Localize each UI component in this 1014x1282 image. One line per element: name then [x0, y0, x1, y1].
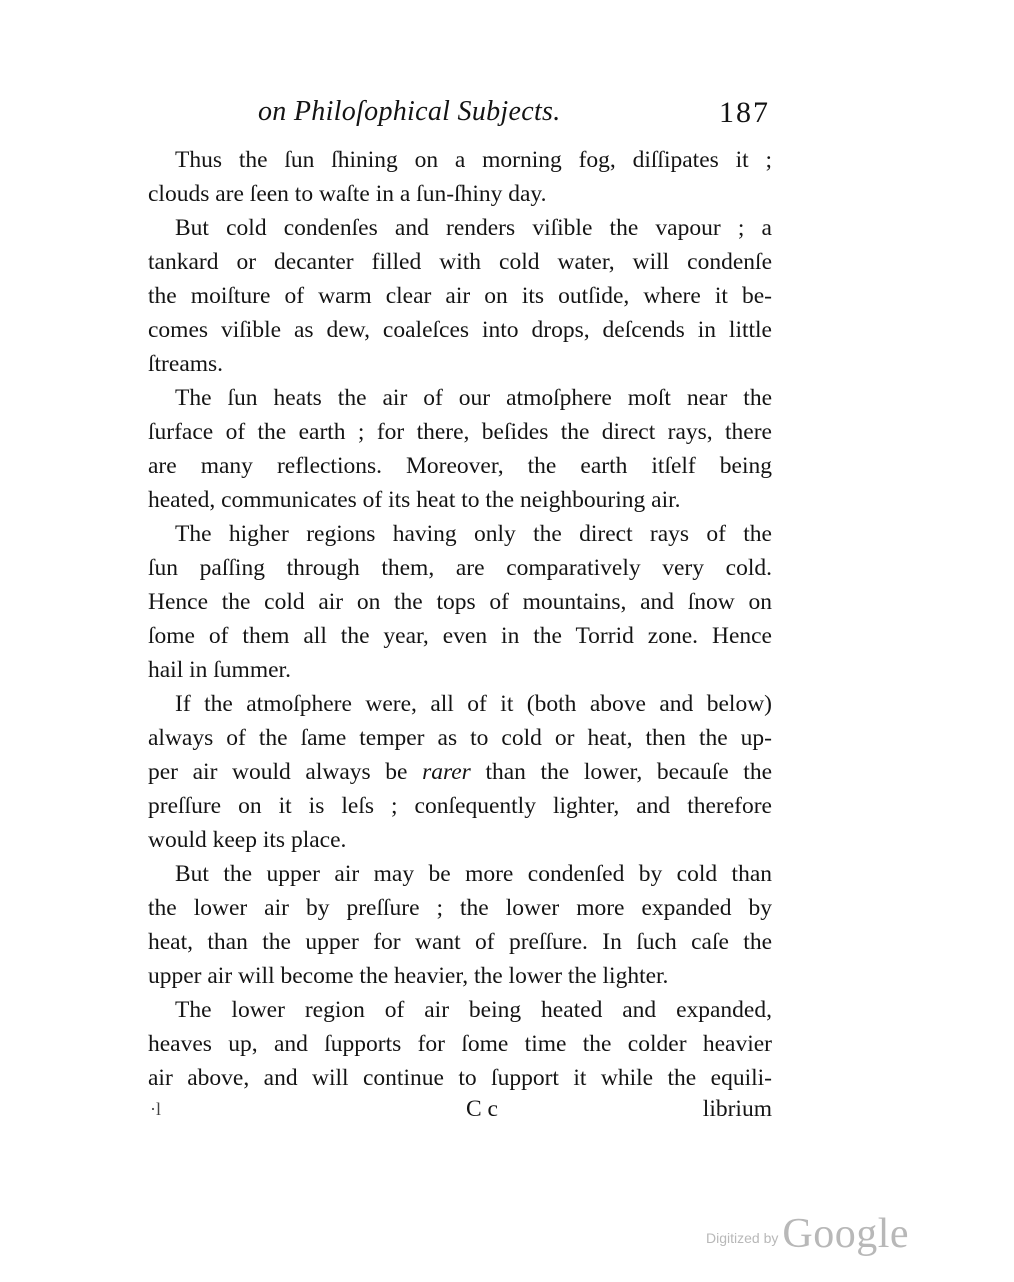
- paragraph: But cold condenſes and renders viſible t…: [148, 211, 772, 381]
- signature-mark: C c: [466, 1092, 498, 1126]
- text-line: the lower air by preſſure ; the lower mo…: [148, 891, 772, 925]
- text-fragment: than the lower, becauſe the: [485, 759, 772, 785]
- running-head: on Philoſophical Subjects. 187: [150, 96, 772, 136]
- book-page: on Philoſophical Subjects. 187 Thus the …: [0, 0, 1014, 1282]
- body-text: Thus the ſun ſhining on a morning fog, d…: [148, 143, 772, 1095]
- text-line: air above, and will continue to ſupport …: [148, 1061, 772, 1095]
- italic-word: rarer: [422, 759, 471, 785]
- text-line: hail in ſummer.: [148, 653, 772, 687]
- text-line: Thus the ſun ſhining on a morning fog, d…: [148, 143, 772, 177]
- text-line: If the atmoſphere were, all of it (both …: [148, 687, 772, 721]
- text-line: The ſun heats the air of our atmoſphere …: [148, 381, 772, 415]
- text-line: But cold condenſes and renders viſible t…: [148, 211, 772, 245]
- paragraph: Thus the ſun ſhining on a morning fog, d…: [148, 143, 772, 211]
- text-line: heat, than the upper for want of preſſur…: [148, 925, 772, 959]
- text-line: The higher regions having only the direc…: [148, 517, 772, 551]
- text-line: The lower region of air being heated and…: [148, 993, 772, 1027]
- digitized-by-google-watermark: Digitized by Google: [706, 1210, 909, 1258]
- text-line: ſtreams.: [148, 347, 772, 381]
- margin-mark: ·l: [150, 1092, 161, 1126]
- text-line: ſun paſſing through them, are comparativ…: [148, 551, 772, 585]
- text-line: clouds are ſeen to waſte in a ſun-ſhiny …: [148, 177, 772, 211]
- paragraph: But the upper air may be more condenſed …: [148, 857, 772, 993]
- google-logo: Google: [782, 1211, 909, 1257]
- watermark-prefix: Digitized by: [706, 1230, 778, 1246]
- text-line: would keep its place.: [148, 823, 772, 857]
- text-line: But the upper air may be more condenſed …: [148, 857, 772, 891]
- catchword: librium: [703, 1092, 772, 1126]
- paragraph: If the atmoſphere were, all of it (both …: [148, 687, 772, 857]
- text-line: Hence the cold air on the tops of mounta…: [148, 585, 772, 619]
- text-line: preſſure on it is leſs ; conſequently li…: [148, 789, 772, 823]
- text-fragment: per air would always be: [148, 759, 407, 785]
- catchline: ·l C c librium: [148, 1092, 772, 1126]
- text-line: are many reflections. Moreover, the eart…: [148, 449, 772, 483]
- text-line: heated, communicates of its heat to the …: [148, 483, 772, 517]
- running-title: on Philoſophical Subjects.: [258, 96, 561, 128]
- text-line: always of the ſame temper as to cold or …: [148, 721, 772, 755]
- paragraph: The higher regions having only the direc…: [148, 517, 772, 687]
- text-line: heaves up, and ſupports for ſome time th…: [148, 1027, 772, 1061]
- text-line: ſome of them all the year, even in the T…: [148, 619, 772, 653]
- paragraph: The ſun heats the air of our atmoſphere …: [148, 381, 772, 517]
- paragraph: The lower region of air being heated and…: [148, 993, 772, 1095]
- text-line: comes viſible as dew, coaleſces into dro…: [148, 313, 772, 347]
- page-number: 187: [719, 96, 770, 130]
- text-line: upper air will become the heavier, the l…: [148, 959, 772, 993]
- text-line-with-italic: per air would always be rarer than the l…: [148, 755, 772, 789]
- text-line: the moiſture of warm clear air on its ou…: [148, 279, 772, 313]
- text-line: tankard or decanter filled with cold wat…: [148, 245, 772, 279]
- text-line: ſurface of the earth ; for there, beſide…: [148, 415, 772, 449]
